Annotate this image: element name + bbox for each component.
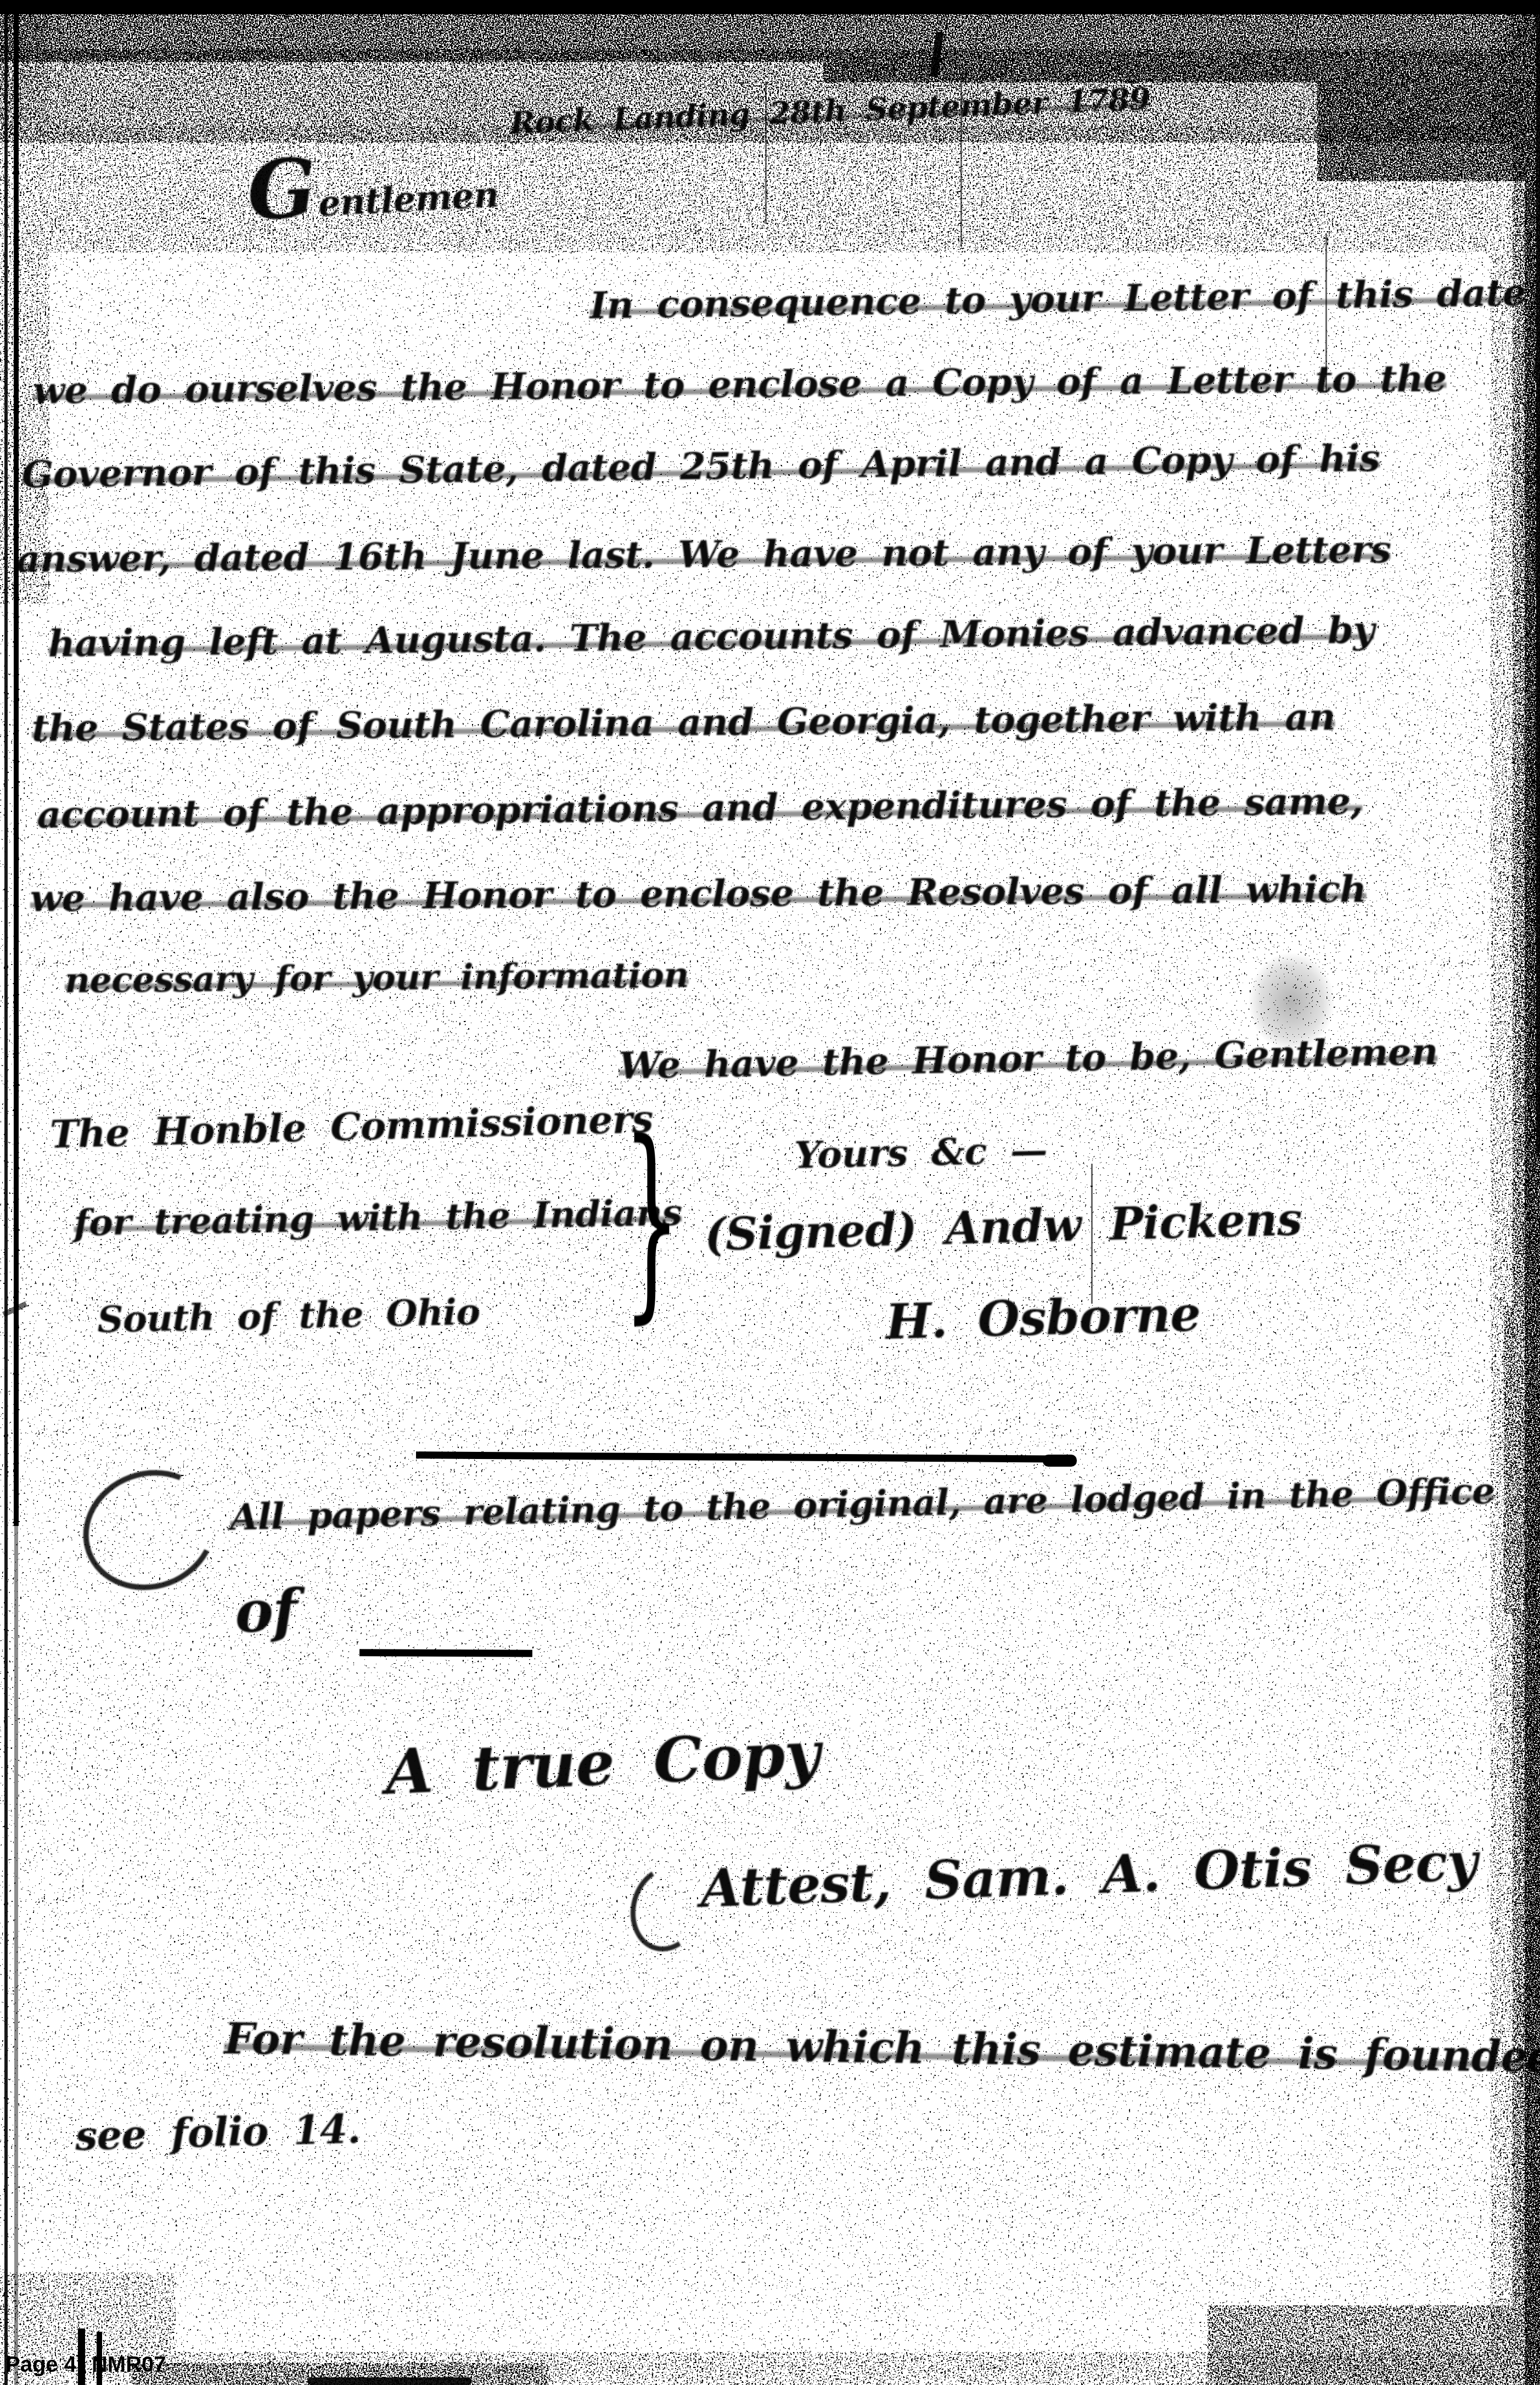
page-footer: Page 4NMR07	[5, 2353, 166, 2377]
note-resolution-line-1: For the resolution on which this estimat…	[224, 2016, 1540, 2081]
salutation: Gentlemen	[245, 134, 500, 236]
address-line-3: South of the Ohio	[97, 1292, 480, 1339]
left-border-line-outer	[4, 0, 8, 2385]
scanned-letter-page: Rock Landing 28th September 1789 Gentlem…	[0, 0, 1540, 2385]
dateline: Rock Landing 28th September 1789	[509, 82, 1151, 141]
section-divider	[416, 1451, 1072, 1462]
body-line-5: having left at Augusta. The accounts of …	[48, 610, 1374, 665]
ink-tick-top	[930, 31, 943, 77]
address-line-1: The Honble Commissioners	[49, 1097, 654, 1155]
body-line-4: answer, dated 16th June last. We have no…	[16, 530, 1391, 580]
flourish-swirl	[66, 1452, 233, 1609]
body-line-6: the States of South Carolina and Georgia…	[31, 697, 1335, 749]
signature-cosigner: H. Osborne	[885, 1287, 1201, 1349]
body-line-9: necessary for your information	[64, 956, 689, 1000]
note-true-copy: A true Copy	[384, 1720, 821, 1807]
page-number-label: Page 4	[5, 2353, 76, 2377]
body-line-3: Governor of this State, dated 25th of Ap…	[21, 438, 1380, 496]
left-border-line-inner-lower	[14, 1526, 18, 2385]
signature-brace: }	[623, 1114, 681, 1325]
body-line-1: In consequence to your Letter of this da…	[589, 272, 1526, 327]
body-line-7: account of the appropriations and expend…	[37, 781, 1363, 836]
note-lodged-line: All papers relating to the original, are…	[229, 1471, 1494, 1537]
signature-signed: (Signed) Andw Pickens	[704, 1195, 1302, 1260]
left-border-line-inner	[14, 0, 19, 1526]
note-resolution-line-2: see folio 14.	[75, 2107, 361, 2158]
note-attest: Attest, Sam. A. Otis Secy	[699, 1833, 1478, 1918]
bottom-streak	[307, 2377, 472, 2385]
address-line-2: for treating with the Indians	[74, 1193, 682, 1243]
note-of-word: of	[234, 1579, 298, 1644]
section-divider-end-blob	[1043, 1455, 1077, 1467]
body-line-2: we do ourselves the Honor to enclose a C…	[32, 358, 1446, 412]
closing-line: We have the Honor to be, Gentlemen	[619, 1031, 1438, 1087]
attest-curl	[621, 1858, 712, 1960]
signature-yours: Yours &c —	[794, 1130, 1047, 1176]
blank-underline	[359, 1649, 532, 1657]
document-code: NMR07	[92, 2353, 166, 2377]
body-line-8: we have also the Honor to enclose the Re…	[30, 869, 1366, 919]
